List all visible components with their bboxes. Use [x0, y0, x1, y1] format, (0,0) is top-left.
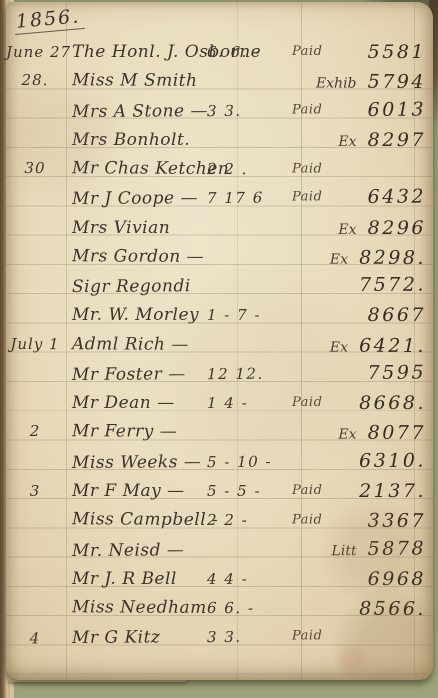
- ledger-entry-row: 30 Mr Chas Ketchen 2 2 . Paid: [6, 154, 433, 186]
- entry-ledger-number: 7572.: [359, 274, 426, 296]
- entry-name: Mr. W. Morley: [72, 303, 199, 327]
- entry-ledger-number: 7595: [368, 361, 427, 383]
- entry-name: Miss Weeks —: [72, 450, 202, 475]
- entry-ledger-number: 6432: [368, 186, 427, 208]
- entry-ledger-number: 6421.: [359, 334, 426, 356]
- ledger-entry-row: Mr J. R Bell 4 4 - 6968: [6, 565, 433, 594]
- entry-paid-mark: Paid: [292, 98, 323, 122]
- ledger-entry-row: Mrs Vivian Ex 8296: [6, 214, 433, 243]
- entry-ledger-number: 6013: [368, 98, 427, 120]
- entry-number-group: 3367: [368, 509, 426, 534]
- entry-name: Adml Rich —: [72, 332, 189, 357]
- entry-name: Mr G Kitz: [72, 626, 161, 651]
- entry-number-group: 5581: [368, 40, 426, 65]
- entry-name: Mr Foster —: [72, 362, 186, 387]
- ledger-entry-row: 3 Mr F May — 5 - 5 - Paid 2137.: [6, 477, 433, 506]
- entry-number-prefix: Ex: [338, 134, 356, 150]
- entry-name: Miss M Smith: [72, 68, 198, 93]
- entries: June 27 The Honl. J. Osborne 6. 6. - Pai…: [6, 38, 433, 653]
- entry-name: Mrs A Stone —: [72, 99, 208, 124]
- ledger-page: 1856. June 27 The Honl. J. Osborne 6. 6.…: [6, 2, 433, 680]
- entry-date: 3: [6, 479, 64, 503]
- entry-ledger-number: 5878: [368, 537, 427, 559]
- entry-name: Mr Dean —: [72, 391, 175, 415]
- ledger-entry-row: Mrs A Stone — 3 3. Paid 6013: [6, 95, 433, 127]
- ledger-entry-row: Miss Campbell - 2 2 - Paid 3367: [6, 505, 433, 537]
- entry-ledger-number: 8566.: [359, 598, 426, 620]
- entry-paid-mark: Paid: [292, 157, 323, 181]
- ledger-entry-row: June 27 The Honl. J. Osborne 6. 6. - Pai…: [6, 38, 433, 67]
- entry-number-group: 2137.: [359, 479, 426, 504]
- entry-name: Mr Ferry —: [72, 420, 177, 445]
- entry-paid-mark: Paid: [292, 391, 322, 415]
- entry-name: Mr J Coope —: [72, 186, 198, 211]
- entry-number-prefix: Ex: [338, 427, 356, 443]
- entry-name: Sigr Regondi: [72, 274, 191, 299]
- entry-ledger-number: 3367: [368, 510, 426, 532]
- ledger-entry-row: Mrs Gordon — Ex 8298.: [6, 242, 433, 274]
- entry-amount: 6 6. -: [207, 596, 255, 620]
- entry-number-prefix: Litt: [331, 543, 356, 559]
- entry-number-group: 6310.: [359, 448, 426, 473]
- entry-paid-mark: Paid: [292, 479, 322, 503]
- ledger-scan: 1856. June 27 The Honl. J. Osborne 6. 6.…: [0, 0, 438, 698]
- ledger-entry-row: Mrs Bonholt. Ex 8297: [6, 126, 433, 155]
- ledger-entry-row: July 1 Adml Rich — Ex 6421.: [6, 330, 433, 362]
- ledger-entry-row: Mr Dean — 1 4 - Paid 8668.: [6, 389, 433, 418]
- entry-ledger-number: 8077: [368, 422, 426, 444]
- entry-amount: 7 17 6: [207, 186, 264, 210]
- entry-number-group: 6013: [368, 97, 427, 122]
- entry-name: Mrs Bonholt.: [72, 128, 190, 152]
- year-heading: 1856.: [13, 5, 85, 35]
- entry-amount: 4 4 -: [207, 567, 248, 591]
- entry-paid-mark: Paid: [292, 186, 323, 210]
- entry-number-group: Ex 8296: [338, 216, 426, 242]
- entry-name: Mrs Vivian: [72, 216, 170, 240]
- entry-amount: 5 - 10 -: [207, 449, 272, 473]
- entry-name: Mr Chas Ketchen: [72, 156, 229, 181]
- entry-number-group: Litt 5878: [331, 536, 426, 563]
- entry-amount: 1 4 -: [207, 391, 248, 415]
- entry-amount: 12 12.: [207, 362, 264, 386]
- entry-number-group: 6968: [368, 567, 426, 592]
- entry-name: Mr. Neisd —: [72, 538, 185, 563]
- entry-ledger-number: 8668.: [359, 392, 426, 414]
- entry-date: June 27: [6, 40, 64, 64]
- entry-number-group: 8566.: [359, 597, 426, 622]
- entry-name: Miss Campbell -: [72, 507, 218, 532]
- entry-number-group: 8667: [368, 303, 426, 328]
- entry-amount: 1 - 7 -: [207, 303, 261, 327]
- entry-date: 30: [6, 156, 64, 180]
- ledger-entry-row: Miss Weeks — 5 - 10 - 6310.: [6, 446, 433, 478]
- entry-number-group: 6432: [368, 185, 427, 210]
- entry-ledger-number: 8296: [368, 217, 426, 239]
- entry-number-prefix: Exhib: [316, 76, 357, 92]
- ledger-entry-row: Sigr Regondi 7572.: [6, 271, 433, 303]
- entry-paid-mark: Paid: [292, 40, 322, 64]
- entry-paid-mark: Paid: [292, 509, 323, 533]
- entry-number-group: 7595: [368, 360, 427, 385]
- entry-number-group: Ex 6421.: [330, 333, 426, 360]
- entry-amount: 2 2 -: [207, 508, 248, 532]
- entry-ledger-number: 8297: [368, 129, 426, 151]
- entry-number-group: 7572.: [359, 273, 426, 298]
- entry-date: 4: [6, 626, 64, 650]
- entry-number-group: Exhib 5794: [316, 70, 426, 97]
- entry-number-group: 8668.: [359, 391, 426, 416]
- entry-amount: 5 - 5 -: [207, 479, 261, 503]
- entry-ledger-number: 6968: [368, 568, 426, 590]
- ledger-entry-row: 4 Mr G Kitz 3 3. Paid: [6, 622, 433, 654]
- entry-date: 2: [6, 419, 64, 443]
- ledger-entry-row: Miss Needham 6 6. - 8566.: [6, 593, 433, 625]
- ledger-entry-row: Mr. W. Morley 1 - 7 - 8667: [6, 301, 433, 330]
- entry-name: Miss Needham: [72, 595, 207, 620]
- entry-amount: 2 2 .: [207, 157, 248, 181]
- entry-number-prefix: Ex: [330, 339, 348, 355]
- entry-amount: 6. 6. -: [207, 40, 261, 64]
- entry-date: July 1: [6, 332, 64, 356]
- entry-ledger-number: 8667: [368, 304, 426, 326]
- entry-paid-mark: Paid: [292, 625, 323, 649]
- entry-amount: 3 3.: [207, 98, 242, 122]
- entry-number-prefix: Ex: [338, 222, 356, 238]
- entry-date: 28.: [6, 68, 64, 92]
- ledger-entry-row: 2 Mr Ferry — Ex 8077: [6, 417, 433, 449]
- ledger-entry-row: Mr J Coope — 7 17 6 Paid 6432: [6, 183, 433, 215]
- entry-name: Mrs Gordon —: [72, 244, 204, 269]
- entry-number-group: Ex 8298.: [330, 245, 426, 272]
- entry-ledger-number: 5581: [368, 41, 426, 63]
- ledger-entry-row: Mr Foster — 12 12. 7595: [6, 358, 433, 390]
- entry-ledger-number: 8298.: [359, 247, 426, 269]
- entry-ledger-number: 6310.: [359, 449, 426, 471]
- ledger-entry-row: 28. Miss M Smith Exhib 5794: [6, 66, 433, 98]
- entry-number-group: Ex 8297: [338, 128, 426, 154]
- ledger-entry-row: Mr. Neisd — Litt 5878: [6, 534, 433, 566]
- entry-name: Mr F May —: [72, 479, 185, 503]
- entry-number-prefix: Ex: [330, 251, 348, 267]
- entry-number-group: Ex 8077: [338, 421, 426, 447]
- entry-amount: 3 3.: [207, 625, 242, 649]
- entry-name: Mr J. R Bell: [72, 567, 177, 591]
- entry-ledger-number: 5794: [368, 71, 426, 93]
- entry-ledger-number: 2137.: [359, 480, 426, 502]
